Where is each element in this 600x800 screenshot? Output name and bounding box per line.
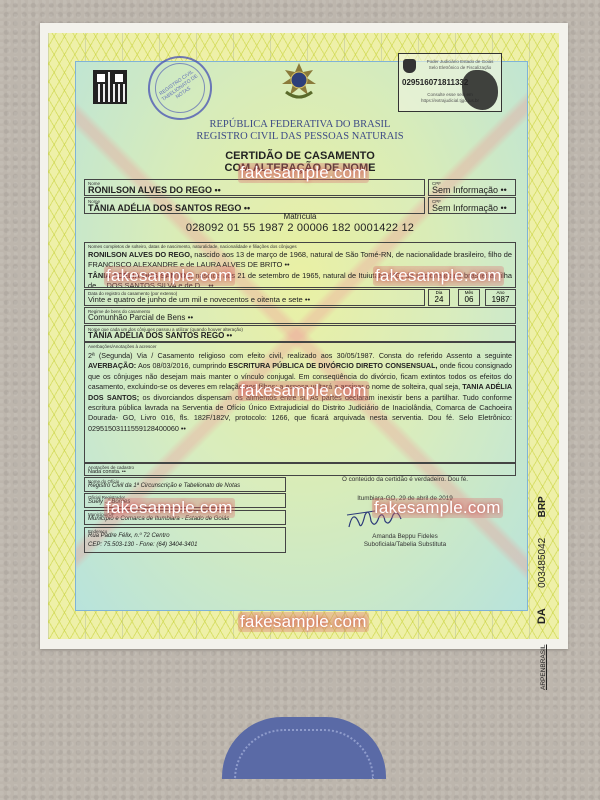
registry-notes: Nada consta. ••: [88, 469, 126, 475]
address-line2: CEP: 75.503-130 - Fone: (64) 3404-3401: [88, 542, 197, 548]
address-field: Endereço Rua Padre Félix, n.º 72 Centro …: [84, 527, 286, 553]
registry-notes-field: Anotações de cadastro Nada consta. ••: [84, 463, 516, 476]
annotations-field: Averbações/Anotações à acrescer 2ª (Segu…: [84, 342, 516, 463]
month-field: Mês 06: [458, 289, 480, 306]
registration-year: 1987: [486, 295, 515, 304]
watermark: fakesample.com: [238, 612, 369, 632]
serial-number: 003485042: [537, 538, 548, 588]
country-title: REPÚBLICA FEDERATIVA DO BRASIL: [90, 119, 510, 130]
address-line1: Rua Padre Félix, n.º 72 Centro: [88, 533, 170, 539]
serial-series: DA: [536, 608, 548, 624]
new-name: TÂNIA ADÉLIA DOS SANTOS REGO ••: [88, 331, 232, 340]
registration-day: 24: [429, 295, 449, 304]
registration-month: 06: [459, 295, 479, 304]
watermark: fakesample.com: [104, 266, 235, 286]
watermark: fakesample.com: [373, 266, 504, 286]
security-serial-strip: ARPENBRASIL DA 003485042 BRP: [536, 478, 548, 690]
arpen-brand: ARPENBRASIL: [540, 644, 547, 690]
judiciary-logo-icon: [403, 59, 416, 73]
watermark: fakesample.com: [104, 498, 235, 518]
seal-org-line1: Poder Judiciário Estado de Goiás: [421, 59, 499, 65]
seal-code: 029516071811332: [402, 78, 468, 87]
day-field: Dia 24: [428, 289, 450, 306]
signer-name: Amanda Beppu Fideles: [305, 533, 505, 540]
office-name: Registro Civil da 1ª Circunscrição e Tab…: [88, 483, 240, 489]
qr-code-icon: [95, 72, 125, 102]
registration-date-field: Data do registro do casamento (por exten…: [84, 289, 425, 306]
watermark: fakesample.com: [238, 381, 369, 401]
watermark: fakesample.com: [372, 498, 503, 518]
matricula-label: Matrícula: [90, 212, 510, 221]
watermark: fakesample.com: [238, 163, 369, 183]
matricula-number: 028092 01 55 1987 2 00006 182 0001422 12: [90, 222, 510, 234]
spouse1-cpf: Sem Informação ••: [432, 185, 507, 195]
serial-suffix: BRP: [537, 496, 548, 517]
new-name-field: Nome que cada um dos cônjuges passou a u…: [84, 325, 516, 342]
property-regime: Comunhão Parcial de Bens ••: [88, 313, 193, 322]
seal-org-line2: Selo Eletrônico de Fiscalização: [421, 65, 499, 71]
coat-of-arms-icon: [278, 62, 320, 102]
year-field: Ano 1987: [485, 289, 516, 306]
certificate-title: CERTIDÃO DE CASAMENTO: [90, 150, 510, 162]
registration-date-text: Vinte e quatro de junho de um mil e nove…: [88, 295, 310, 304]
registry-title: REGISTRO CIVIL DAS PESSOAS NATURAIS: [90, 131, 510, 142]
attestation-statement: O conteúdo da certidão é verdadeiro. Dou…: [305, 476, 505, 483]
office-name-field: Nome do Ofício Registro Civil da 1ª Circ…: [84, 477, 286, 492]
signer-title: Suboficiala/Tabelia Substituta: [305, 541, 505, 548]
spouse1-name: RONILSON ALVES DO REGO ••: [88, 185, 221, 195]
security-rosette: [222, 717, 386, 779]
property-regime-field: Regime de bens do casamento Comunhão Par…: [84, 307, 516, 324]
spouse1-cpf-field: CPF Sem Informação ••: [428, 179, 516, 196]
spouse1-full-name: RONILSON ALVES DO REGO,: [88, 250, 192, 259]
